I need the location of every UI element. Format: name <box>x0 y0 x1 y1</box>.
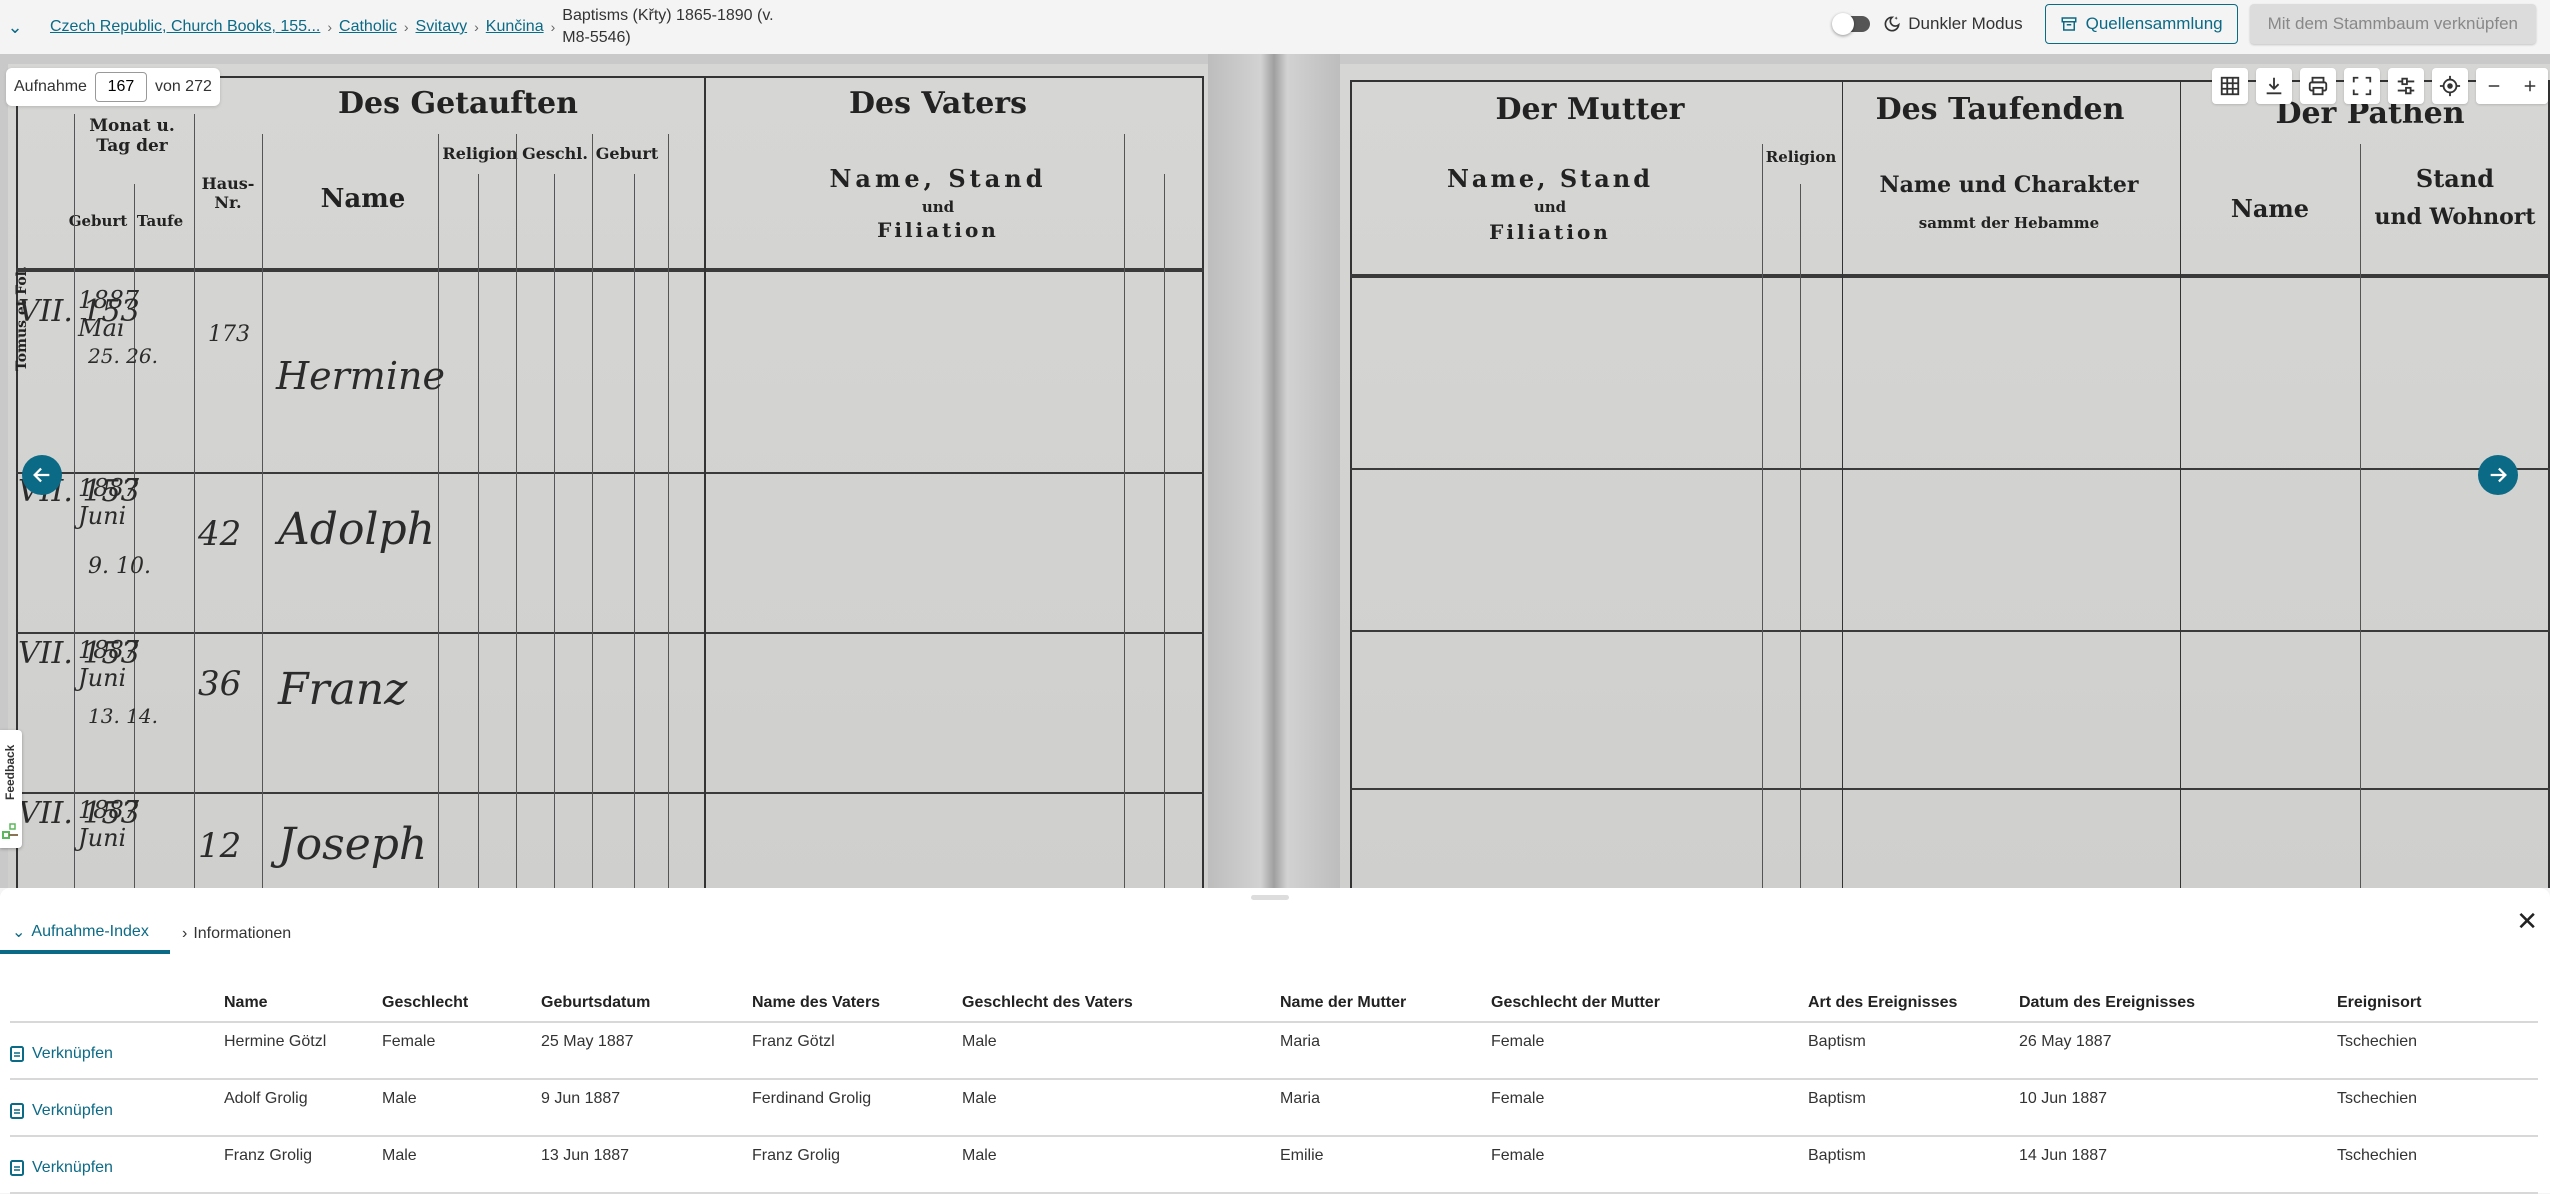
cell-birth-date: 25 May 1887 <box>541 1022 752 1079</box>
cell-name: Hermine Götzl <box>224 1022 382 1079</box>
header-wohnort: und Wohnort <box>2360 204 2550 230</box>
cell-event-place: Tschechien <box>2337 1136 2538 1193</box>
chevron-down-icon: ⌄ <box>12 922 25 942</box>
link-record-button[interactable]: Verknüpfen <box>10 1159 224 1177</box>
viewer-toolbar <box>2212 68 2548 104</box>
feedback-label: Feedback <box>3 745 17 800</box>
entry-2-month: 1887 Juni <box>78 474 138 530</box>
entry-2-days: 9. 10. <box>88 554 151 579</box>
column-header-action <box>10 984 224 1022</box>
fullscreen-button[interactable] <box>2344 68 2380 104</box>
cell-father-name: Franz Götzl <box>752 1022 962 1079</box>
breadcrumb-collection[interactable]: Czech Republic, Church Books, 155... <box>50 18 320 36</box>
cell-event-place: Tschechien <box>2337 1022 2538 1079</box>
link-family-tree-button[interactable]: Mit dem Stammbaum verknüpfen <box>2250 4 2536 44</box>
entry-1-house: 173 <box>208 322 250 347</box>
plus-icon <box>2521 77 2539 95</box>
cell-event-place: Tschechien <box>2337 1079 2538 1136</box>
column-header-name: Name <box>224 984 382 1022</box>
image-number-input[interactable] <box>95 72 147 102</box>
index-panel: ⌄ Aufnahme-Index › Informationen ✕ Name … <box>0 888 2550 1193</box>
print-button[interactable] <box>2300 68 2336 104</box>
header-pathen-name: Name <box>2180 194 2360 223</box>
cell-event-date: 14 Jun 1887 <box>2019 1136 2337 1193</box>
panel-tabs: ⌄ Aufnahme-Index › Informationen <box>0 914 303 954</box>
locate-icon <box>2439 75 2461 97</box>
fullscreen-icon <box>2351 75 2373 97</box>
entry-2-name: Adolph <box>278 504 435 555</box>
header-filiation: Filiation <box>768 218 1108 242</box>
image-total: von 272 <box>155 78 212 96</box>
breadcrumb-separator: › <box>327 19 332 35</box>
cell-mother-name: Emilie <box>1280 1136 1491 1193</box>
tab-image-index[interactable]: ⌄ Aufnahme-Index <box>0 914 170 954</box>
cell-mother-gender: Female <box>1491 1079 1808 1136</box>
cell-name: Adolf Grolig <box>224 1079 382 1136</box>
header-geschl: Geschl. <box>520 144 590 163</box>
entry-2-house: 42 <box>198 514 241 554</box>
entry-4-name: Joseph <box>278 819 427 870</box>
cell-gender: Male <box>382 1136 541 1193</box>
cell-mother-gender: Female <box>1491 1022 1808 1079</box>
panel-resize-handle[interactable] <box>1251 895 1289 900</box>
entry-1-days: 25. 26. <box>88 344 158 368</box>
header-name: Name <box>278 184 448 214</box>
cell-mother-name: Maria <box>1280 1079 1491 1136</box>
header-religion: Religion <box>440 144 520 163</box>
entry-3-days: 13. 14. <box>88 704 158 728</box>
entry-4-house: 12 <box>198 826 241 866</box>
table-row: Verknüpfen Franz Grolig Male 13 Jun 1887… <box>10 1136 2538 1193</box>
chevron-right-icon: › <box>182 925 187 943</box>
grid-icon <box>2219 75 2241 97</box>
cell-mother-name: Maria <box>1280 1022 1491 1079</box>
header-mutter-und: und <box>1380 198 1720 216</box>
zoom-out-button[interactable] <box>2476 68 2512 104</box>
column-header-event-place: Ereignisort <box>2337 984 2538 1022</box>
column-header-mother-name: Name der Mutter <box>1280 984 1491 1022</box>
column-header-event-type: Art des Ereignisses <box>1808 984 2019 1022</box>
download-button[interactable] <box>2256 68 2292 104</box>
cell-event-date: 10 Jun 1887 <box>2019 1079 2337 1136</box>
zoom-in-button[interactable] <box>2512 68 2548 104</box>
arrow-left-icon <box>31 464 53 486</box>
cell-birth-date: 13 Jun 1887 <box>541 1136 752 1193</box>
header-monat: Monat u. Tag der <box>72 116 192 156</box>
entry-4-month: 1887 Juni <box>78 796 138 852</box>
zoom-controls <box>2476 68 2548 104</box>
header-haus: Haus-Nr. <box>198 174 258 212</box>
document-icon <box>10 1046 24 1062</box>
link-record-button[interactable]: Verknüpfen <box>10 1102 224 1120</box>
header-taufe: Taufe <box>130 212 190 230</box>
cell-event-type: Baptism <box>1808 1136 2019 1193</box>
sliders-icon <box>2395 75 2417 97</box>
next-image-button[interactable] <box>2478 455 2518 495</box>
cell-event-type: Baptism <box>1808 1079 2019 1136</box>
tab-information[interactable]: › Informationen <box>170 914 303 954</box>
header-hebamme: sammt der Hebamme <box>1844 214 2174 232</box>
feedback-tab[interactable]: Feedback <box>0 730 22 848</box>
entry-3-house: 36 <box>198 664 241 704</box>
moon-stars-icon <box>1882 14 1902 34</box>
header-mutter-filiation: Filiation <box>1380 220 1720 244</box>
header-taufenden: Des Taufenden <box>1860 92 2140 127</box>
cell-father-name: Franz Grolig <box>752 1136 962 1193</box>
cell-father-gender: Male <box>962 1136 1280 1193</box>
cell-birth-date: 9 Jun 1887 <box>541 1079 752 1136</box>
minus-icon <box>2485 77 2503 95</box>
recenter-button[interactable] <box>2432 68 2468 104</box>
header-taufenden-sub: Name und Charakter <box>1844 172 2174 198</box>
archive-box-icon <box>2060 15 2078 33</box>
breadcrumb-current: Baptisms (Křty) 1865-1890 (v. M8-5546) <box>562 5 802 49</box>
cell-mother-gender: Female <box>1491 1136 1808 1193</box>
header-mutter-name: Name, Stand <box>1380 164 1720 193</box>
document-icon <box>10 1160 24 1176</box>
breadcrumb: Czech Republic, Church Books, 155... › C… <box>50 5 802 49</box>
download-icon <box>2263 75 2285 97</box>
header-vaters: Des Vaters <box>788 86 1088 121</box>
column-header-father-name: Name des Vaters <box>752 984 962 1022</box>
column-header-event-date: Datum des Ereignisses <box>2019 984 2337 1022</box>
header-mutter-religion: Religion <box>1764 148 1838 166</box>
breadcrumb-district[interactable]: Svitavy <box>416 18 468 36</box>
header-geburt: Geburt <box>68 212 128 230</box>
table-header-row: Name Geschlecht Geburtsdatum Name des Va… <box>10 984 2538 1022</box>
close-panel-icon[interactable]: ✕ <box>2516 906 2538 937</box>
document-icon <box>10 1103 24 1119</box>
record-index-table: Name Geschlecht Geburtsdatum Name des Va… <box>10 984 2538 1193</box>
book-gutter <box>1208 54 1340 888</box>
document-page-right: Der Mutter Des Taufenden Der Pathen Name… <box>1340 64 2550 888</box>
image-counter-label: Aufnahme <box>14 78 87 96</box>
table-row: Verknüpfen Hermine Götzl Female 25 May 1… <box>10 1022 2538 1079</box>
entry-1-name: Hermine <box>276 354 445 398</box>
column-header-gender: Geschlecht <box>382 984 541 1022</box>
image-viewer[interactable]: Des Getauften Des Vaters Tomus et Fol. M… <box>0 54 2550 888</box>
column-header-birth-date: Geburtsdatum <box>541 984 752 1022</box>
entry-1-month: 1887 Mai <box>78 286 138 342</box>
cell-gender: Male <box>382 1079 541 1136</box>
header-vater-name: Name, Stand <box>768 164 1108 193</box>
cell-name: Franz Grolig <box>224 1136 382 1193</box>
print-icon <box>2307 75 2329 97</box>
cell-father-gender: Male <box>962 1079 1280 1136</box>
document-page-left: Des Getauften Des Vaters Tomus et Fol. M… <box>8 64 1208 888</box>
header-geburt-status: Geburt <box>592 144 662 163</box>
header-mutter: Der Mutter <box>1460 92 1720 127</box>
header-stand: Stand <box>2360 164 2550 193</box>
breadcrumb-parish[interactable]: Kunčina <box>486 18 544 36</box>
column-header-father-gender: Geschlecht des Vaters <box>962 984 1280 1022</box>
breadcrumb-separator: › <box>474 19 479 35</box>
cell-father-name: Ferdinand Grolig <box>752 1079 962 1136</box>
cell-event-date: 26 May 1887 <box>2019 1022 2337 1079</box>
dark-mode-label: Dunkler Modus <box>1882 14 2022 34</box>
breadcrumb-denomination[interactable]: Catholic <box>339 18 397 36</box>
cell-father-gender: Male <box>962 1022 1280 1079</box>
table-row: Verknüpfen Adolf Grolig Male 9 Jun 1887 … <box>10 1079 2538 1136</box>
collapse-chevron-icon[interactable]: ⌄ <box>0 17 30 38</box>
entry-3-month: 1887 Juni <box>78 636 138 692</box>
entry-3-name: Franz <box>278 664 407 715</box>
image-adjust-button[interactable] <box>2388 68 2424 104</box>
cell-event-type: Baptism <box>1808 1022 2019 1079</box>
link-record-button[interactable]: Verknüpfen <box>10 1045 224 1063</box>
top-bar: ⌄ Czech Republic, Church Books, 155... ›… <box>0 0 2550 54</box>
source-collection-button[interactable]: Quellensammlung <box>2045 4 2238 44</box>
header-und: und <box>768 198 1108 216</box>
image-counter: Aufnahme von 272 <box>6 68 220 106</box>
feedback-tree-icon <box>2 818 20 840</box>
dark-mode-toggle[interactable] <box>1834 16 1870 32</box>
header-getauften: Des Getauften <box>328 86 588 121</box>
cell-gender: Female <box>382 1022 541 1079</box>
breadcrumb-separator: › <box>551 19 556 35</box>
grid-view-button[interactable] <box>2212 68 2248 104</box>
column-header-mother-gender: Geschlecht der Mutter <box>1491 984 1808 1022</box>
breadcrumb-separator: › <box>404 19 409 35</box>
arrow-right-icon <box>2487 464 2509 486</box>
previous-image-button[interactable] <box>22 455 62 495</box>
